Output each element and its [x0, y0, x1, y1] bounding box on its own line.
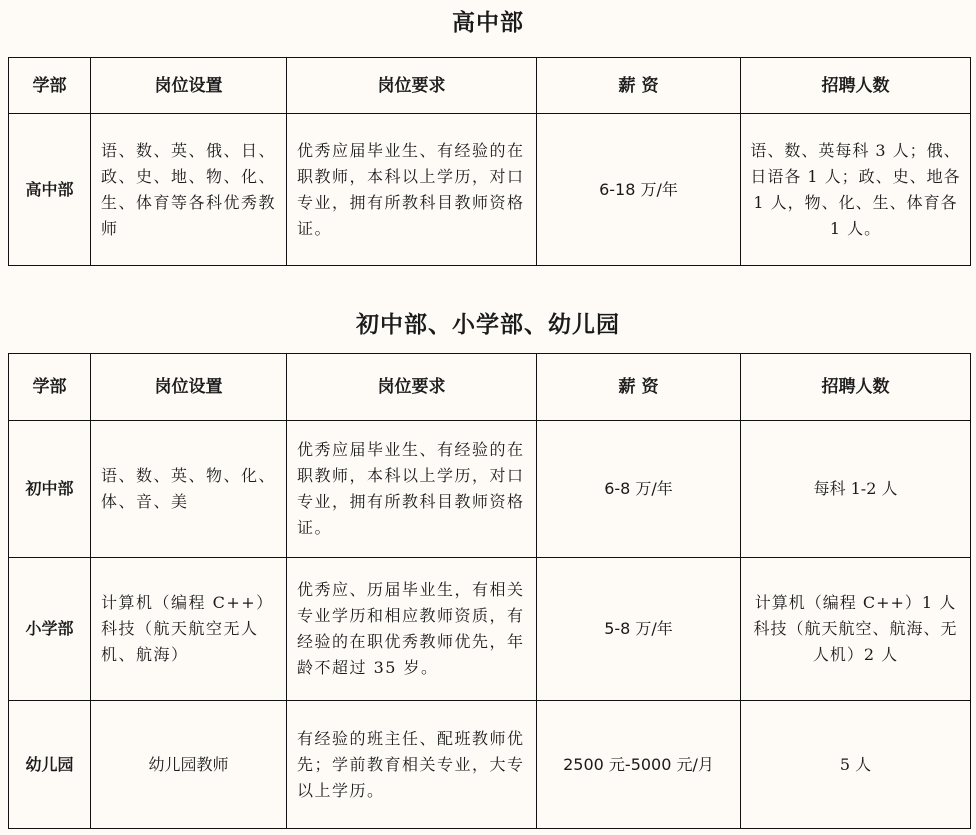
requirements-cell: 优秀应届毕业生、有经验的在职教师，本科以上学历，对口专业，拥有所教科目教师资格证… — [287, 114, 537, 266]
table-header-row: 学部 岗位设置 岗位要求 薪 资 招聘人数 — [9, 354, 971, 421]
dept-cell: 小学部 — [9, 558, 91, 701]
headcount-cell: 语、数、英每科 3 人；俄、日语各 1 人；政、史、地各 1 人，物、化、生、体… — [741, 114, 971, 266]
headcount-cell: 计算机（编程 C++）1 人科技（航天航空、航海、无人机）2 人 — [741, 558, 971, 701]
headcount-cell: 每科 1-2 人 — [741, 421, 971, 558]
header-dept: 学部 — [9, 354, 91, 421]
section-title-high-school: 高中部 — [0, 4, 976, 37]
header-headcount: 招聘人数 — [741, 58, 971, 114]
header-headcount: 招聘人数 — [741, 354, 971, 421]
header-salary: 薪 资 — [537, 58, 741, 114]
headcount-cell: 5 人 — [741, 701, 971, 829]
header-requirements: 岗位要求 — [287, 58, 537, 114]
requirements-cell: 有经验的班主任、配班教师优先；学前教育相关专业，大专以上学历。 — [287, 701, 537, 829]
requirements-cell: 优秀应届毕业生、有经验的在职教师，本科以上学历，对口专业，拥有所教科目教师资格证… — [287, 421, 537, 558]
requirements-cell: 优秀应、历届毕业生，有相关专业学历和相应教师资质，有经验的在职优秀教师优先，年龄… — [287, 558, 537, 701]
dept-cell: 高中部 — [9, 114, 91, 266]
positions-cell: 幼儿园教师 — [91, 701, 287, 829]
table-row: 小学部 计算机（编程 C++）科技（航天航空无人机、航海） 优秀应、历届毕业生，… — [9, 558, 971, 701]
table-header-row: 学部 岗位设置 岗位要求 薪 资 招聘人数 — [9, 58, 971, 114]
header-dept: 学部 — [9, 58, 91, 114]
table-row: 高中部 语、数、英、俄、日、政、史、地、物、化、生、体育等各科优秀教师 优秀应届… — [9, 114, 971, 266]
salary-cell: 6-18 万/年 — [537, 114, 741, 266]
positions-cell: 计算机（编程 C++）科技（航天航空无人机、航海） — [91, 558, 287, 701]
section-title-other-schools: 初中部、小学部、幼儿园 — [0, 306, 976, 339]
salary-cell: 2500 元-5000 元/月 — [537, 701, 741, 829]
dept-cell: 幼儿园 — [9, 701, 91, 829]
dept-cell: 初中部 — [9, 421, 91, 558]
other-schools-table: 学部 岗位设置 岗位要求 薪 资 招聘人数 初中部 语、数、英、物、化、体、音、… — [8, 353, 971, 829]
header-positions: 岗位设置 — [91, 58, 287, 114]
positions-cell: 语、数、英、物、化、体、音、美 — [91, 421, 287, 558]
positions-cell: 语、数、英、俄、日、政、史、地、物、化、生、体育等各科优秀教师 — [91, 114, 287, 266]
header-salary: 薪 资 — [537, 354, 741, 421]
table-row: 初中部 语、数、英、物、化、体、音、美 优秀应届毕业生、有经验的在职教师，本科以… — [9, 421, 971, 558]
header-requirements: 岗位要求 — [287, 354, 537, 421]
salary-cell: 5-8 万/年 — [537, 558, 741, 701]
header-positions: 岗位设置 — [91, 354, 287, 421]
high-school-table: 学部 岗位设置 岗位要求 薪 资 招聘人数 高中部 语、数、英、俄、日、政、史、… — [8, 57, 971, 266]
table-row: 幼儿园 幼儿园教师 有经验的班主任、配班教师优先；学前教育相关专业，大专以上学历… — [9, 701, 971, 829]
salary-cell: 6-8 万/年 — [537, 421, 741, 558]
